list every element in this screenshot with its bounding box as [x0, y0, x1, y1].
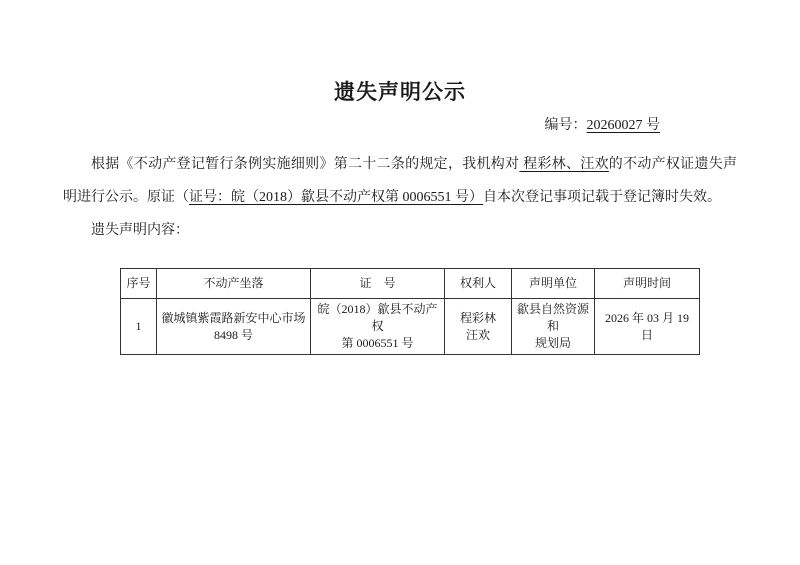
header-cert-no: 证 号	[311, 269, 445, 299]
cell-cert-no: 皖（2018）歙县不动产权 第 0006551 号	[311, 299, 445, 355]
paragraph-text-3: 自本次登记事项记载于登记簿时失效。	[483, 190, 721, 205]
header-holder: 权利人	[445, 269, 512, 299]
doc-number-value: 20260027 号	[587, 118, 661, 133]
table-header-row: 序号 不动产坐落 证 号 权利人 声明单位 声明时间	[121, 269, 700, 299]
declaration-paragraph: 根据《不动产登记暂行条例实施细则》第二十二条的规定，我机构对 程彩林、汪欢的不动…	[63, 148, 737, 214]
header-date: 声明时间	[595, 269, 700, 299]
certificate-number-underlined: 证号：皖（2018）歙县不动产权第 0006551 号）	[189, 190, 483, 205]
header-location: 不动产坐落	[157, 269, 311, 299]
holder-names-underlined: 程彩林、汪欢	[519, 157, 608, 172]
doc-number-label: 编号：	[545, 118, 587, 133]
cell-seq: 1	[121, 299, 157, 355]
page-title: 遗失声明公示	[0, 0, 800, 106]
header-seq: 序号	[121, 269, 157, 299]
doc-number-line: 编号：20260027 号	[0, 116, 660, 136]
content-section-label: 遗失声明内容：	[63, 214, 737, 247]
cell-location: 徽城镇紫霞路新安中心市场 8498 号	[157, 299, 311, 355]
header-unit: 声明单位	[512, 269, 595, 299]
cell-date: 2026 年 03 月 19 日	[595, 299, 700, 355]
table-row: 1 徽城镇紫霞路新安中心市场 8498 号 皖（2018）歙县不动产权 第 00…	[121, 299, 700, 355]
cell-holder: 程彩林 汪欢	[445, 299, 512, 355]
document-page: 遗失声明公示 编号：20260027 号 根据《不动产登记暂行条例实施细则》第二…	[0, 0, 800, 565]
declaration-table: 序号 不动产坐落 证 号 权利人 声明单位 声明时间 1 徽城镇紫霞路新安中心市…	[120, 268, 700, 355]
paragraph-text-1: 根据《不动产登记暂行条例实施细则》第二十二条的规定，我机构对	[91, 157, 519, 172]
cell-unit: 歙县自然资源和 规划局	[512, 299, 595, 355]
